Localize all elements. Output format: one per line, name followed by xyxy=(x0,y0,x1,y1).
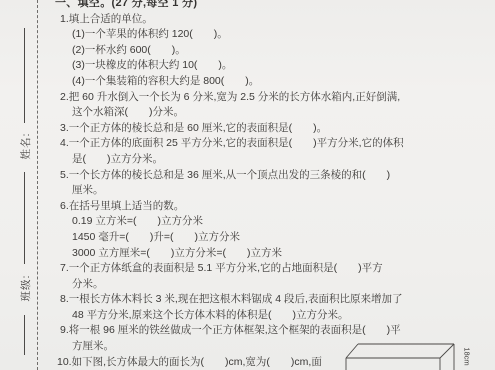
sub-item-1-4: (4)一个集装箱的容积大约是 800( )。 xyxy=(55,74,467,90)
question-line-7: 7.一个正方体纸盒的表面积是 5.1 平方分米,它的占地面积是( )平方 xyxy=(55,261,467,277)
sub-item-6-1: 0.19 立方米=( )立方分米 xyxy=(55,214,467,230)
question-line-5: 5.一个长方体的棱长总和是 36 厘米,从一个顶点出发的三条棱的和( ) xyxy=(55,168,467,184)
worksheet-page: 姓名: 班级: 一、填空。(27 分,每空 1 分) 1.填上合适的单位。 (1… xyxy=(0,0,495,370)
question-line-3: 3.一个正方体的棱长总和是 60 厘米,它的表面积是( )。 xyxy=(55,121,467,137)
class-underline xyxy=(24,172,25,264)
question-line-4b: 是( )立方分米。 xyxy=(55,152,467,168)
question-line-2b: 这个水箱深( )分米。 xyxy=(55,105,467,121)
question-line-7b: 分米。 xyxy=(55,277,467,293)
extra-underline xyxy=(24,315,25,355)
question-line-8: 8.一根长方体木料长 3 米,现在把这根木料锯成 4 段后,表面积比原来增加了 xyxy=(55,292,467,308)
cuboid-height-label: 18cm xyxy=(463,347,472,367)
question-list: 一、填空。(27 分,每空 1 分) 1.填上合适的单位。 (1)一个苹果的体积… xyxy=(55,0,467,370)
question-line-5b: 厘米。 xyxy=(55,183,467,199)
sub-item-1-2: (2)一杯水约 600( )。 xyxy=(55,43,467,59)
sub-item-6-3: 3000 立方厘米=( )立方分米=( )立方米 xyxy=(55,246,467,262)
section-title: 一、填空。(27 分,每空 1 分) xyxy=(55,0,467,12)
sub-item-6-2: 1450 毫升=( )升=( )立方分米 xyxy=(55,230,467,246)
question-line-8b: 48 平方分米,原来这个长方体木料的体积是( )立方分米。 xyxy=(55,308,467,324)
cuboid-figure xyxy=(343,337,475,370)
question-line-1: 1.填上合适的单位。 xyxy=(55,12,467,28)
sub-item-1-1: (1)一个苹果的体积约 120( )。 xyxy=(55,27,467,43)
binding-dashed-line xyxy=(37,0,38,370)
question-line-2: 2.把 60 升水倒入一个长为 6 分米,宽为 2.5 分米的长方体水箱内,正好… xyxy=(55,90,467,106)
question-line-6: 6.在括号里填上适当的数。 xyxy=(55,199,467,215)
question-line-4: 4.一个正方体的底面积 25 平方分米,它的表面积是( )平方分米,它的体积 xyxy=(55,136,467,152)
margin-class-label: 班级: xyxy=(18,264,30,312)
name-underline xyxy=(24,28,25,123)
margin-name-label: 姓名: xyxy=(18,122,30,170)
sub-item-1-3: (3)一块橡皮的体积大约 10( )。 xyxy=(55,58,467,74)
